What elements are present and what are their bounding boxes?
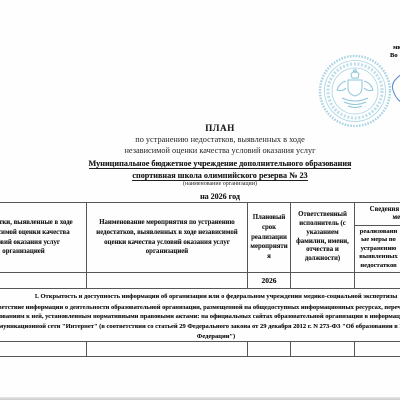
header-planned-term: Плановый срок реализации мероприяти я <box>248 203 291 273</box>
year-row-cell <box>355 273 400 289</box>
table-cell-empty <box>0 342 87 356</box>
coat-of-arms-emblem <box>337 70 373 108</box>
table-cell-empty <box>355 342 400 356</box>
signature-ink-stroke <box>388 72 400 106</box>
header-progress-info: Сведения о ходе реализации мероприятия <box>355 203 400 226</box>
table-cell-empty <box>248 342 291 356</box>
deficiency-text-line: муникационной сети "Интернет" (в соответ… <box>0 322 400 332</box>
header-deficiencies: Недостатки, выявленные в ходе независимо… <box>0 203 87 273</box>
header-responsible: Ответственный исполнитель (с указанием ф… <box>291 203 355 273</box>
plan-year: на 2026 год <box>0 192 400 202</box>
year-row-planned-year: 2026 <box>248 273 291 289</box>
table-cell-empty <box>291 342 355 356</box>
plan-subtitle-line-1: по устранению недостатков, выявленных в … <box>0 134 400 145</box>
title-block: ПЛАН по устранению недостатков, выявленн… <box>0 122 400 201</box>
official-stamp-seal <box>315 50 395 130</box>
scanned-plan-document: ми Во ПЛАН <box>0 0 400 400</box>
plan-table: Недостатки, выявленные в ходе независимо… <box>0 202 400 357</box>
plan-title: ПЛАН <box>0 122 400 134</box>
header-measures: Наименование мероприятия по устранению н… <box>87 203 248 273</box>
year-row-cell <box>87 273 248 289</box>
deficiency-text: Несоответствие информации о деятельности… <box>0 303 400 342</box>
organization-name-line-2: спортивная школа олимпийского резерва № … <box>0 170 400 182</box>
plan-subtitle-line-2: независимой оценки качества условий оказ… <box>0 145 400 156</box>
organization-name-line-1: Муниципальное бюджетное учреждение допол… <box>0 158 400 170</box>
deficiency-text-line: Федерации") <box>197 332 235 342</box>
header-realized-measures: реализованн ые меры по устранению выявле… <box>355 226 400 273</box>
document-page: ми Во ПЛАН <box>0 0 400 400</box>
organization-caption: (наименование организации) <box>0 181 400 189</box>
year-row-cell <box>291 273 355 289</box>
section-heading: I. Открытость и доступность информации о… <box>0 289 400 303</box>
deficiency-text-line: Несоответствие информации о деятельности… <box>0 303 400 313</box>
deficiency-text-line: требованиям к ней, установленным нормати… <box>0 312 400 322</box>
table-cell-empty <box>87 342 248 356</box>
year-row-cell <box>0 273 87 289</box>
